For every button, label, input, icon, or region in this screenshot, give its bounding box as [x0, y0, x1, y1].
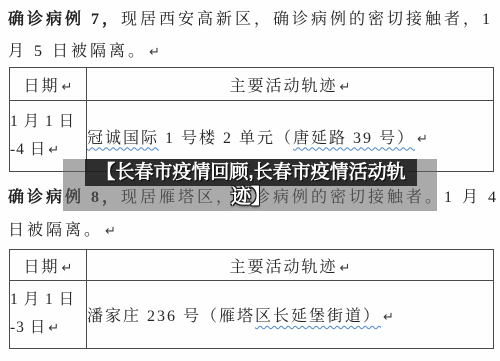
case7-text-continued: 月 5 日被隔离。: [8, 43, 147, 60]
track-header-label: 主要活动轨迹: [230, 259, 338, 276]
date-range-end: -3 日: [10, 319, 46, 336]
case7-paragraph-line1: 确诊病例 7，现居西安高新区，确诊病例的密切接触者，1: [8, 6, 493, 29]
paragraph-return-mark: ↵: [105, 224, 116, 239]
table-header-row: 日期↵ 主要活动轨迹↵: [10, 68, 494, 101]
case8-paragraph-line2: 日被隔离。↵: [8, 217, 116, 240]
watermark-title-line2: 迹】: [85, 185, 417, 210]
paragraph-return-mark: ↵: [149, 45, 160, 60]
paragraph-return-mark: ↵: [48, 143, 59, 158]
paragraph-return-mark: ↵: [62, 80, 73, 95]
table-header-row: 日期↵ 主要活动轨迹↵: [10, 250, 494, 281]
paragraph-return-mark: ↵: [48, 321, 59, 336]
case7-label: 确诊病例 7，: [8, 11, 121, 28]
date-range-start: 1 月 1 日: [10, 113, 75, 130]
case8-activity-table: 日期↵ 主要活动轨迹↵ 1 月 1 日 -3 日↵ 潘家庄 236 号（雁塔区长…: [9, 249, 494, 349]
track-header-label: 主要活动轨迹: [230, 78, 338, 95]
activity-street-name: 唐延路 39 号）: [293, 130, 415, 147]
document-page: 确诊病例 7，现居西安高新区，确诊病例的密切接触者，1 月 5 日被隔离。↵ 日…: [0, 0, 500, 361]
case7-text: 现居西安高新区，确诊病例的密切接触者，1: [121, 11, 493, 28]
paragraph-return-mark: ↵: [340, 261, 351, 276]
track-column-header: 主要活动轨迹↵: [87, 250, 494, 281]
date-range-start: 1 月 1 日: [10, 291, 75, 308]
table-row: 1 月 1 日 -3 日↵ 潘家庄 236 号（雁塔区长延堡街道）↵: [10, 281, 494, 349]
case7-activity-table: 日期↵ 主要活动轨迹↵ 1 月 1 日 -4 日↵ 冠诚国际 1 号楼 2 单元…: [9, 67, 494, 172]
activity-place-name: 冠诚国际: [87, 130, 159, 147]
date-header-label: 日期: [24, 259, 60, 276]
activity-street-name: 区长延堡街道）: [255, 308, 381, 325]
paragraph-return-mark: ↵: [417, 132, 428, 147]
date-column-header: 日期↵: [10, 250, 87, 281]
activity-cell: 潘家庄 236 号（雁塔区长延堡街道）↵: [87, 281, 494, 349]
paragraph-return-mark: ↵: [383, 310, 394, 325]
paragraph-return-mark: ↵: [62, 261, 73, 276]
case7-paragraph-line2: 月 5 日被隔离。↵: [8, 38, 160, 61]
watermark-title-line1: 【长春市疫情回顾,长春市疫情活动轨: [85, 159, 417, 186]
date-header-label: 日期: [24, 78, 60, 95]
paragraph-return-mark: ↵: [340, 80, 351, 95]
date-column-header: 日期↵: [10, 68, 87, 101]
activity-detail: 1 号楼 2 单元（: [159, 130, 293, 147]
date-range-end: -4 日: [10, 141, 46, 158]
date-cell: 1 月 1 日 -3 日↵: [10, 281, 87, 349]
track-column-header: 主要活动轨迹↵: [87, 68, 494, 101]
case8-text-continued: 日被隔离。: [8, 222, 103, 239]
activity-detail: 潘家庄 236 号（雁塔: [87, 308, 255, 325]
